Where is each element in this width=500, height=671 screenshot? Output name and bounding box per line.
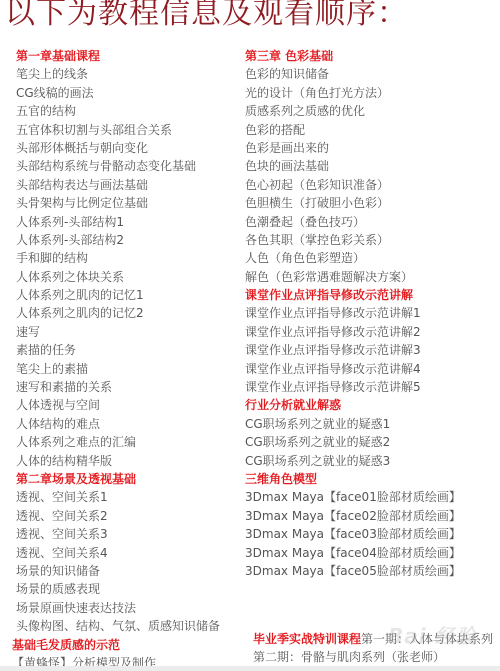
list-item: 场景的质感表现 [16, 580, 241, 598]
bottom-left-section: 基础毛发质感的示范 【黄蜂怪】分析模型及制作 [12, 636, 156, 666]
list-item: 色心初起（色彩知识准备） [245, 176, 500, 194]
list-item: 人体系列之肌肉的记忆1 [16, 286, 241, 304]
list-item: 解色（色彩常遇难题解决方案） [245, 268, 500, 286]
section-heading: 三维角色模型 [245, 470, 500, 488]
list-item: 笔尖上的素描 [16, 360, 241, 378]
list-item: 素描的任务 [16, 341, 241, 359]
list-item: 课堂作业点评指导修改示范讲解5 [245, 378, 500, 396]
list-item: CG职场系列之就业的疑惑3 [245, 452, 500, 470]
section-heading-hair-demo: 基础毛发质感的示范 [12, 636, 156, 654]
section-heading: 第二章场景及透视基础 [16, 470, 241, 488]
list-item: 人体系列之体块关系 [16, 268, 241, 286]
list-item: 课堂作业点评指导修改示范讲解4 [245, 360, 500, 378]
bottom-divider [0, 666, 500, 671]
left-column: 第一章基础课程笔尖上的线条CG线稿的画法五官的结构五官体积切割与头部组合关系头部… [16, 47, 241, 636]
list-item: 人体结构的难点 [16, 415, 241, 433]
list-item: 课堂作业点评指导修改示范讲解1 [245, 304, 500, 322]
list-item: 五官的结构 [16, 102, 241, 120]
list-item: 场景的知识储备 [16, 562, 241, 580]
list-item: 各色其职（掌控色彩关系） [245, 231, 500, 249]
list-item: 场景原画快速表达技法 [16, 599, 241, 617]
list-item: 五官体积切割与头部组合关系 [16, 121, 241, 139]
baidu-watermark: Bai 经验 [388, 620, 477, 649]
list-item: 人色（角色色彩塑造） [245, 249, 500, 267]
right-column: 第三章 色彩基础色彩的知识储备光的设计（角色打光方法）质感系列之质感的优化色彩的… [245, 47, 500, 580]
list-item: 课堂作业点评指导修改示范讲解2 [245, 323, 500, 341]
list-item: 头骨架构与比例定位基础 [16, 194, 241, 212]
list-item: 3Dmax Maya【face01脸部材质绘画】 [245, 488, 500, 506]
list-item: 头部结构表达与画法基础 [16, 176, 241, 194]
list-item: 头部形体概括与朝向变化 [16, 139, 241, 157]
section-heading: 行业分析就业解惑 [245, 396, 500, 414]
page-title: 以下为教程信息及观看顺序： [5, 0, 408, 34]
list-item: 人体系列-头部结构1 [16, 213, 241, 231]
list-item: 色胆横生（打破胆小色彩） [245, 194, 500, 212]
list-item: 3Dmax Maya【face03脸部材质绘画】 [245, 525, 500, 543]
list-item: 人体系列之肌肉的记忆2 [16, 304, 241, 322]
list-item: 3Dmax Maya【face05脸部材质绘画】 [245, 562, 500, 580]
list-item: CG线稿的画法 [16, 84, 241, 102]
section-heading: 课堂作业点评指导修改示范讲解 [245, 286, 500, 304]
list-item: 透视、空间关系3 [16, 525, 241, 543]
list-item: 透视、空间关系2 [16, 507, 241, 525]
list-item: 色彩是画出来的 [245, 139, 500, 157]
list-item: 色潮叠起（叠色技巧） [245, 213, 500, 231]
list-item: 人体系列-头部结构2 [16, 231, 241, 249]
list-item: 色块的画法基础 [245, 157, 500, 175]
graduation-course-period-2: 第二期：骨骼与肌肉系列（张老师） [253, 648, 500, 666]
list-item: 质感系列之质感的优化 [245, 102, 500, 120]
section-heading: 第一章基础课程 [16, 47, 241, 65]
list-item: 3Dmax Maya【face04脸部材质绘画】 [245, 544, 500, 562]
list-item: 光的设计（角色打光方法） [245, 84, 500, 102]
list-item: 手和脚的结构 [16, 249, 241, 267]
section-heading: 第三章 色彩基础 [245, 47, 500, 65]
list-item: 速写 [16, 323, 241, 341]
list-item: CG职场系列之就业的疑惑1 [245, 415, 500, 433]
list-item: 头像构图、结构、气氛、质感知识储备 [16, 617, 241, 635]
list-item: 透视、空间关系4 [16, 544, 241, 562]
list-item: 人体的结构精华版 [16, 452, 241, 470]
list-item: 人体系列之难点的汇编 [16, 433, 241, 451]
list-item-wasp-monster: 【黄蜂怪】分析模型及制作 [12, 654, 156, 666]
list-item: 色彩的搭配 [245, 121, 500, 139]
list-item: 色彩的知识储备 [245, 65, 500, 83]
list-item: 速写和素描的关系 [16, 378, 241, 396]
list-item: 头部结构系统与骨骼动态变化基础 [16, 157, 241, 175]
list-item: 3Dmax Maya【face02脸部材质绘画】 [245, 507, 500, 525]
list-item: CG职场系列之就业的疑惑2 [245, 433, 500, 451]
list-item: 人体透视与空间 [16, 396, 241, 414]
list-item: 透视、空间关系1 [16, 488, 241, 506]
list-item: 笔尖上的线条 [16, 65, 241, 83]
graduation-course-heading: 毕业季实战特训课程 [253, 632, 361, 646]
list-item: 课堂作业点评指导修改示范讲解3 [245, 341, 500, 359]
